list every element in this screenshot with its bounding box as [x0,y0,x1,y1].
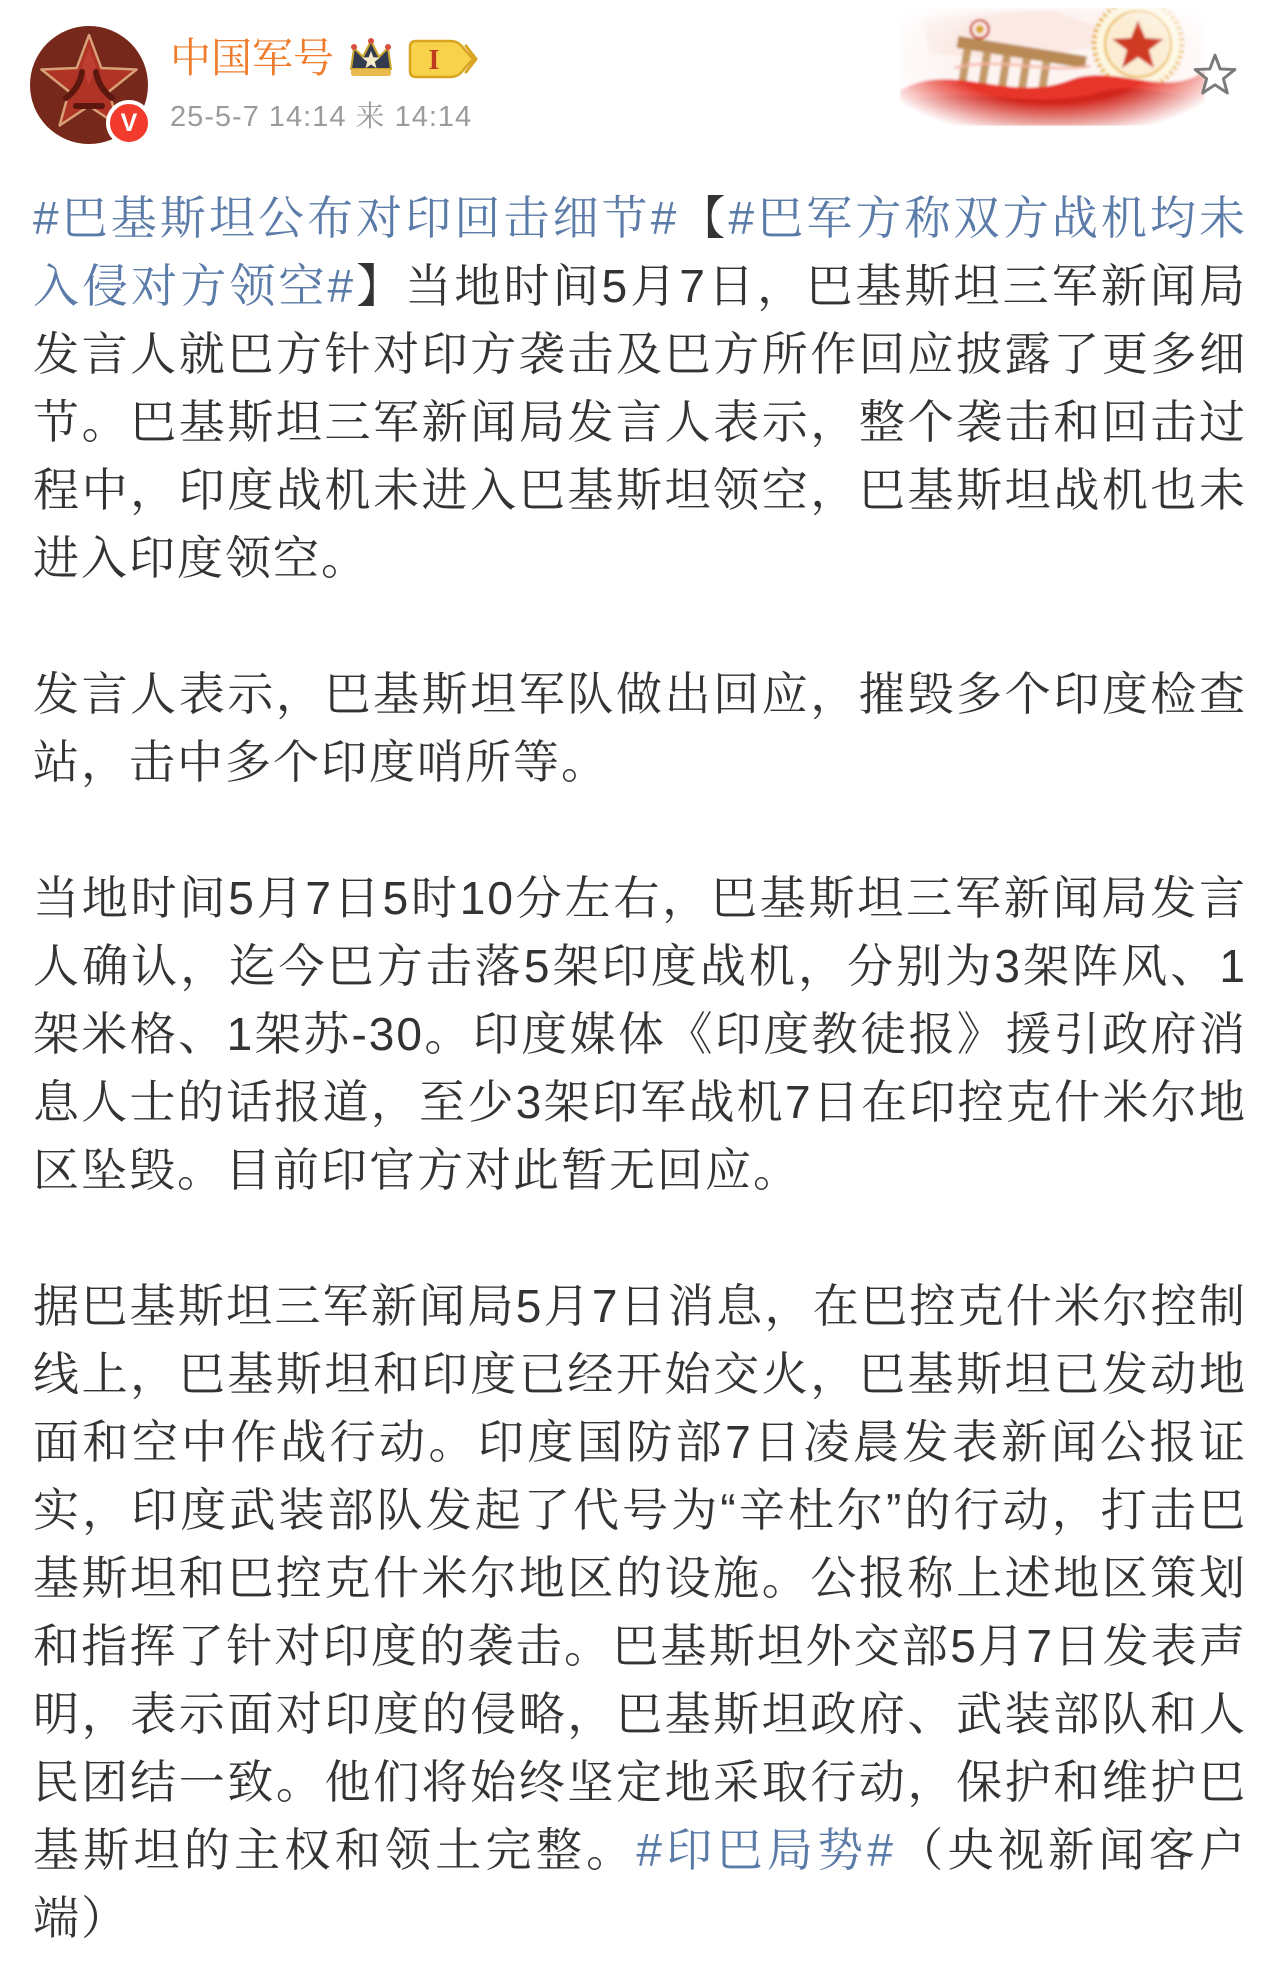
hashtag-link[interactable]: #巴基斯坦公布对印回击细节# [33,192,678,244]
vip-level-badge: I [408,36,482,82]
post-text: 【 [678,192,728,244]
svg-text:I: I [429,45,440,76]
post-header: V 中国军号 I 25 [0,0,1280,150]
gold-crown-icon [346,37,396,81]
avatar[interactable]: V [30,26,148,144]
favorite-star-icon[interactable] [1192,52,1238,98]
username[interactable]: 中国军号 [170,36,334,81]
timestamp: 25-5-7 14:14 来 14:14 [170,94,482,135]
flag-banner-decoration [900,8,1205,126]
post-text: 发言人表示，巴基斯坦军队做出回应，摧毁多个印度检查站，击中多个印度哨所等。 [33,668,1247,788]
post-content: #巴基斯坦公布对印回击细节#【#巴军方称双方战机均未入侵对方领空#】当地时间5月… [0,184,1280,1952]
post-paragraph: 发言人表示，巴基斯坦军队做出回应，摧毁多个印度检查站，击中多个印度哨所等。 [33,660,1247,796]
post-paragraph: 当地时间5月7日5时10分左右，巴基斯坦三军新闻局发言人确认，迄今巴方击落5架印… [33,864,1247,1204]
post-text: 据巴基斯坦三军新闻局5月7日消息，在巴控克什米尔控制线上，巴基斯坦和印度已经开始… [33,1280,1247,1876]
post-paragraph: #巴基斯坦公布对印回击细节#【#巴军方称双方战机均未入侵对方领空#】当地时间5月… [33,184,1247,592]
post-paragraph: 据巴基斯坦三军新闻局5月7日消息，在巴控克什米尔控制线上，巴基斯坦和印度已经开始… [33,1272,1247,1952]
post-text: 当地时间5月7日5时10分左右，巴基斯坦三军新闻局发言人确认，迄今巴方击落5架印… [33,872,1247,1196]
hashtag-link[interactable]: #印巴局势# [636,1824,895,1876]
user-info: 中国军号 I 25-5-7 14:14 来 14:14 [170,36,482,135]
verified-badge: V [106,100,152,146]
